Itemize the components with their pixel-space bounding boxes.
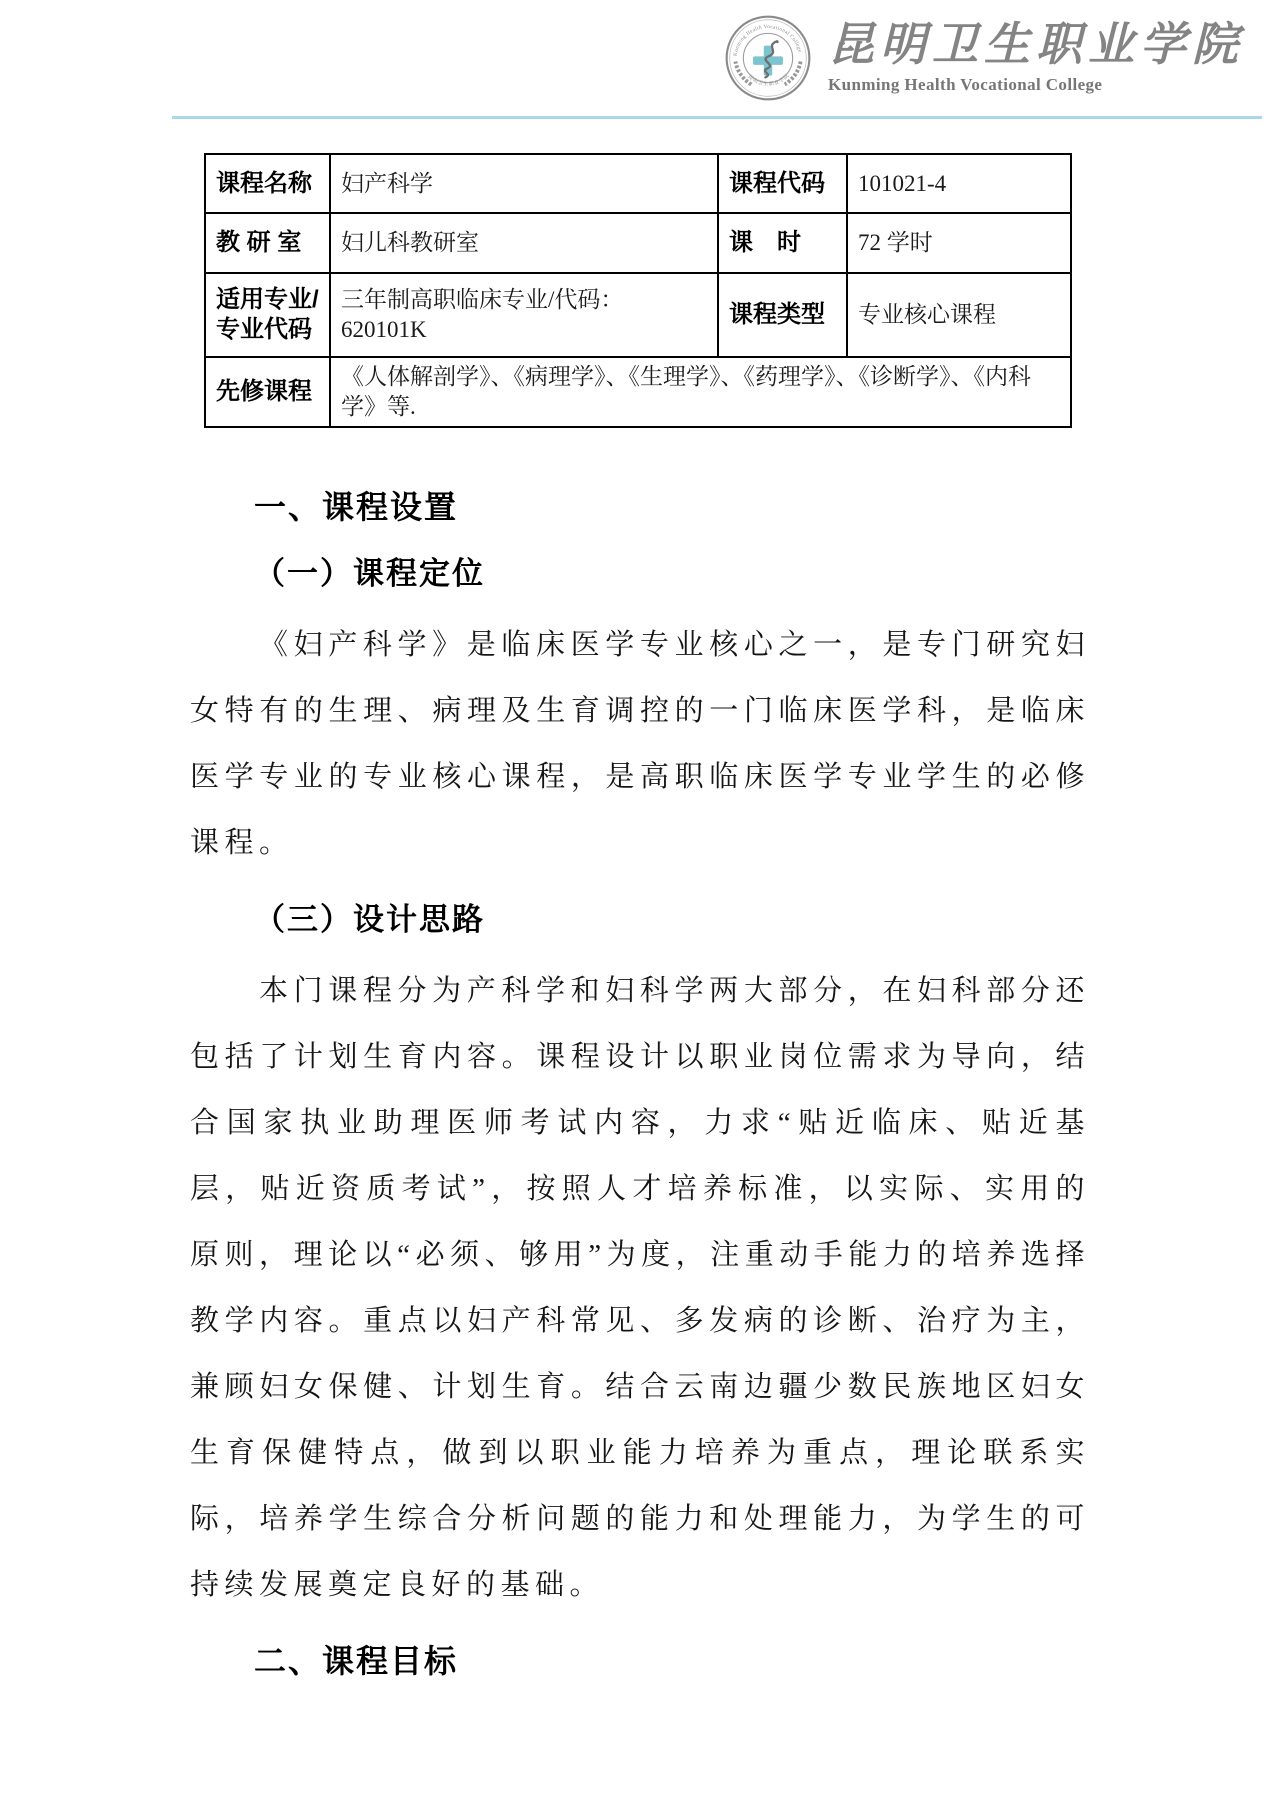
class-hours-value: 72 学时 xyxy=(847,213,1071,273)
table-row: 课程名称 妇产科学 课程代码 101021-4 xyxy=(205,154,1071,213)
teaching-office-label: 教 研 室 xyxy=(205,213,330,273)
page-header: Kunming Health Vocational College 昆明卫生职业… xyxy=(0,0,1274,116)
prerequisite-courses-label: 先修课程 xyxy=(205,357,330,427)
subsection-heading-design-approach: （三）设计思路 xyxy=(190,896,1100,944)
class-hours-label: 课 时 xyxy=(718,213,847,273)
subsection-heading-course-positioning: （一）课程定位 xyxy=(190,550,1100,598)
section-heading-course-objectives: 二、课程目标 xyxy=(190,1638,1100,1684)
prerequisite-courses-value: 《人体解剖学》、《病理学》、《生理学》、《药理学》、《诊断学》、《内科学》等. xyxy=(330,357,1071,427)
course-info-table: 课程名称 妇产科学 课程代码 101021-4 教 研 室 妇儿科教研室 课 时… xyxy=(204,153,1072,428)
table-row: 教 研 室 妇儿科教研室 课 时 72 学时 xyxy=(205,213,1071,273)
section-heading-course-setup: 一、课程设置 xyxy=(190,484,1100,530)
college-seal-logo: Kunming Health Vocational College 昆明卫生职业… xyxy=(724,14,812,102)
course-type-value: 专业核心课程 xyxy=(847,273,1071,357)
college-name-en: Kunming Health Vocational College xyxy=(828,74,1258,96)
college-brand: 昆明卫生职业学院 Kunming Health Vocational Colle… xyxy=(828,18,1258,96)
course-code-value: 101021-4 xyxy=(847,154,1071,213)
teaching-office-value: 妇儿科教研室 xyxy=(330,213,718,273)
applicable-major-label: 适用专业/专业代码 xyxy=(205,273,330,357)
table-row: 先修课程 《人体解剖学》、《病理学》、《生理学》、《药理学》、《诊断学》、《内科… xyxy=(205,357,1071,427)
course-name-label: 课程名称 xyxy=(205,154,330,213)
document-page: Kunming Health Vocational College 昆明卫生职业… xyxy=(0,0,1274,1801)
course-code-label: 课程代码 xyxy=(718,154,847,213)
applicable-major-value: 三年制高职临床专业/代码：620101K xyxy=(330,273,718,357)
course-name-value: 妇产科学 xyxy=(330,154,718,213)
course-positioning-paragraph: 《妇产科学》是临床医学专业核心之一，是专门研究妇女特有的生理、病理及生育调控的一… xyxy=(190,612,1090,876)
course-type-label: 课程类型 xyxy=(718,273,847,357)
document-content: 课程名称 妇产科学 课程代码 101021-4 教 研 室 妇儿科教研室 课 时… xyxy=(0,153,1100,1684)
header-divider xyxy=(172,116,1262,119)
college-name-zh: 昆明卫生职业学院 xyxy=(828,18,1258,72)
design-approach-paragraph: 本门课程分为产科学和妇科学两大部分，在妇科部分还包括了计划生育内容。课程设计以职… xyxy=(190,958,1090,1618)
seal-dragon-head xyxy=(776,40,779,43)
table-row: 适用专业/专业代码 三年制高职临床专业/代码：620101K 课程类型 专业核心… xyxy=(205,273,1071,357)
